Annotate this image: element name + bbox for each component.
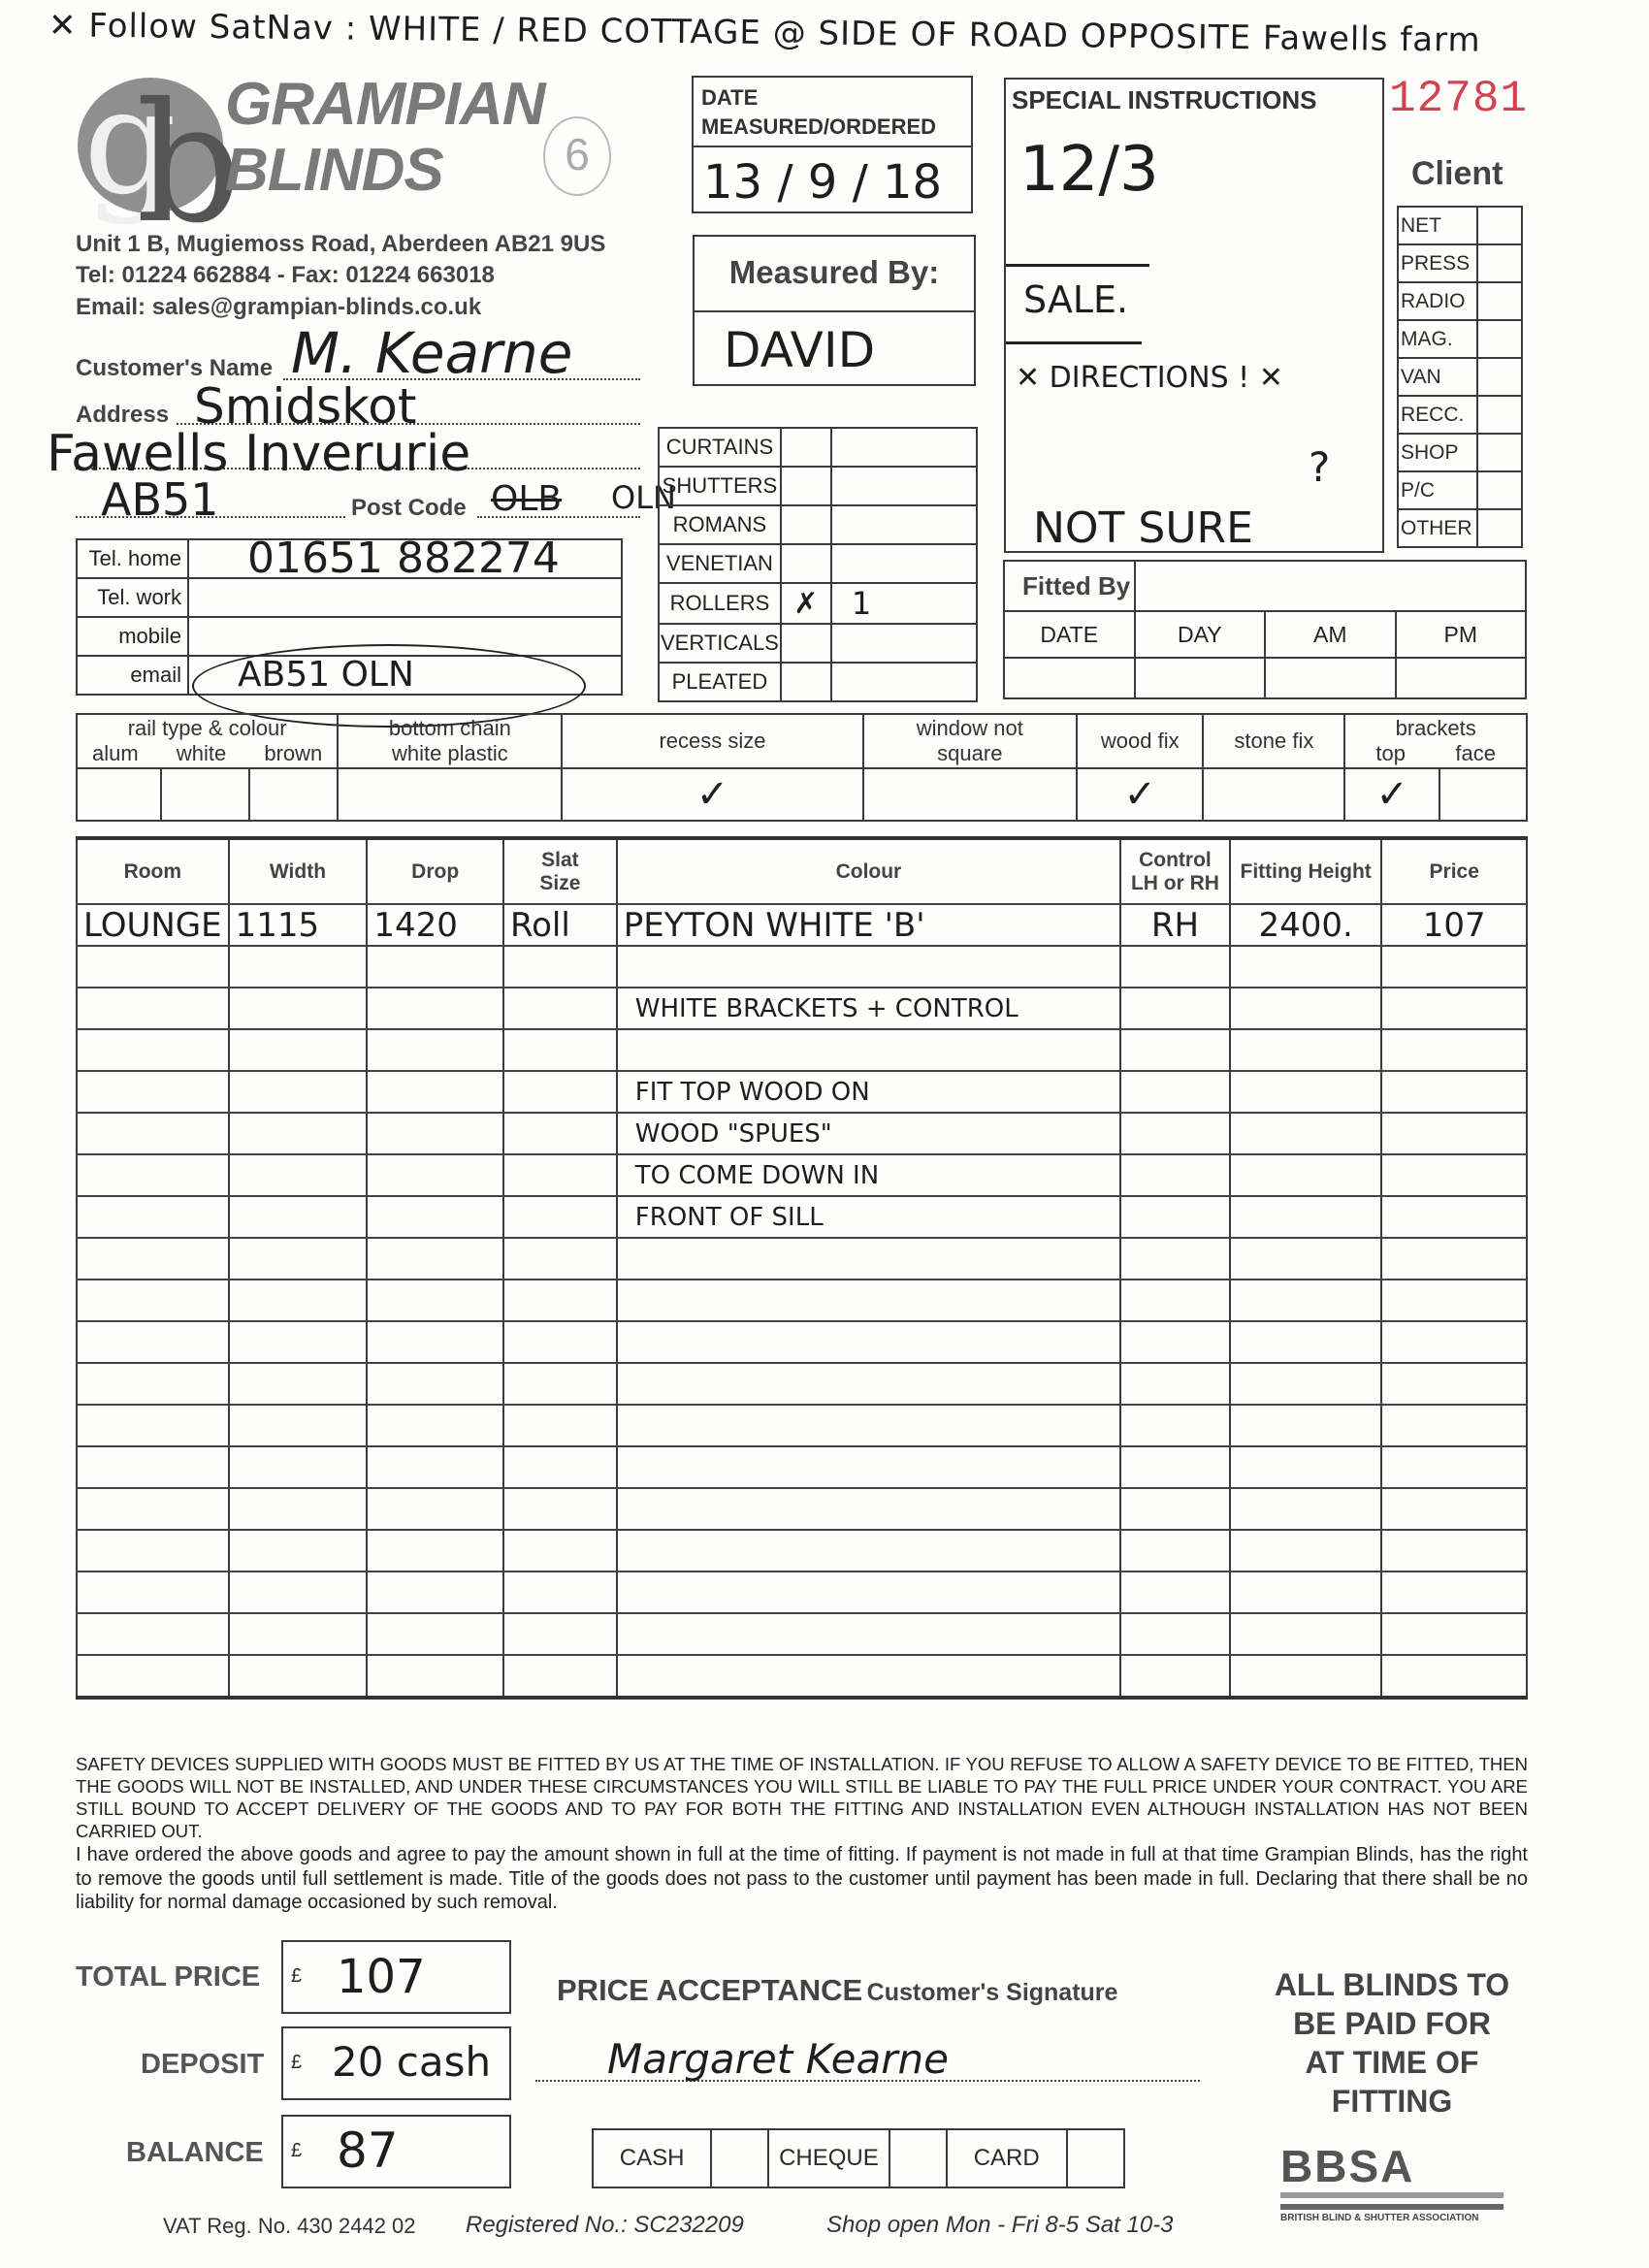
- client-option-press: PRESS: [1398, 244, 1477, 282]
- date-measured-box: DATE MEASURED/ORDERED 13 / 9 / 18: [692, 76, 973, 213]
- rail-brown-check[interactable]: [249, 768, 338, 821]
- cell-drop[interactable]: [367, 1196, 503, 1238]
- total-price-box[interactable]: £ 107: [281, 1940, 511, 2014]
- cell-fitting-height[interactable]: [1230, 1363, 1382, 1405]
- special-note-sale[interactable]: SALE.: [1023, 278, 1128, 321]
- company-name-line1: GRAMPIAN: [225, 70, 545, 139]
- client-option-checkbox[interactable]: [1477, 396, 1522, 434]
- cell-fitting-height[interactable]: [1230, 1613, 1382, 1655]
- wood-fix-check[interactable]: ✓: [1077, 768, 1203, 821]
- cell-price[interactable]: [1381, 1029, 1527, 1071]
- tel-work-label: Tel. work: [77, 578, 188, 617]
- cell-drop[interactable]: [367, 1238, 503, 1280]
- cell-fitting-height[interactable]: [1230, 1655, 1382, 1698]
- order-table-row: [77, 1363, 1527, 1405]
- cell-slat-size[interactable]: [503, 1196, 617, 1238]
- cell-width[interactable]: [229, 1238, 368, 1280]
- cell-colour[interactable]: [617, 1446, 1120, 1488]
- cell-drop[interactable]: [367, 1280, 503, 1321]
- cell-price[interactable]: 107: [1381, 904, 1527, 946]
- cell-width[interactable]: [229, 1154, 368, 1196]
- cell-drop[interactable]: 1420: [367, 904, 503, 946]
- product-row: VERTICALS: [659, 624, 977, 663]
- client-option-row: RADIO: [1398, 282, 1522, 320]
- brackets-label: brackets: [1346, 716, 1525, 741]
- cell-fitting-height[interactable]: [1230, 1113, 1382, 1154]
- rail-alum-check[interactable]: [77, 768, 161, 821]
- measured-by-value[interactable]: DAVID: [724, 322, 875, 378]
- cell-fitting-height[interactable]: [1230, 988, 1382, 1029]
- cell-control[interactable]: [1120, 1571, 1230, 1613]
- cell-width[interactable]: [229, 1321, 368, 1363]
- cell-drop[interactable]: [367, 1154, 503, 1196]
- product-mark[interactable]: [781, 505, 831, 544]
- cell-slat-size[interactable]: [503, 1571, 617, 1613]
- cell-fitting-height[interactable]: [1230, 1238, 1382, 1280]
- cell-control[interactable]: [1120, 1530, 1230, 1571]
- cell-width[interactable]: [229, 1280, 368, 1321]
- product-label-curtains: CURTAINS: [659, 428, 781, 467]
- special-note-directions[interactable]: ✕ DIRECTIONS ! ✕: [1016, 361, 1283, 395]
- product-qty[interactable]: [831, 624, 977, 663]
- product-mark[interactable]: [781, 663, 831, 701]
- order-number: 12781: [1389, 74, 1528, 124]
- cell-width[interactable]: [229, 1571, 368, 1613]
- cell-slat-size[interactable]: [503, 1405, 617, 1446]
- fitted-am-label: AM: [1265, 611, 1396, 658]
- customer-signature[interactable]: Margaret Kearne: [607, 2035, 949, 2083]
- cell-room[interactable]: [77, 1571, 229, 1613]
- client-option-row: SHOP: [1398, 434, 1522, 471]
- cell-price[interactable]: [1381, 1113, 1527, 1154]
- cell-colour[interactable]: WHITE BRACKETS + CONTROL: [617, 988, 1120, 1029]
- brackets-header: brackets top face: [1344, 714, 1527, 768]
- client-option-checkbox[interactable]: [1477, 358, 1522, 396]
- client-option-row: NET: [1398, 207, 1522, 244]
- cell-slat-size[interactable]: [503, 1071, 617, 1113]
- cell-colour[interactable]: [617, 1238, 1120, 1280]
- cell-drop[interactable]: [367, 1071, 503, 1113]
- tel-home-label: Tel. home: [77, 539, 188, 578]
- cell-colour[interactable]: [617, 1655, 1120, 1698]
- fitted-am-field[interactable]: [1265, 658, 1396, 698]
- cell-width[interactable]: [229, 1530, 368, 1571]
- product-qty[interactable]: [831, 505, 977, 544]
- cell-price[interactable]: [1381, 1238, 1527, 1280]
- cell-width[interactable]: [229, 1446, 368, 1488]
- client-option-checkbox[interactable]: [1477, 434, 1522, 471]
- client-option-row: OTHER: [1398, 509, 1522, 547]
- col-fitting-height: Fitting Height: [1230, 840, 1382, 904]
- notice-line: AT TIME OF: [1242, 2043, 1542, 2082]
- cell-width[interactable]: [229, 1196, 368, 1238]
- cell-room[interactable]: [77, 1029, 229, 1071]
- cell-room[interactable]: [77, 1446, 229, 1488]
- cell-colour[interactable]: PEYTON WHITE 'B': [617, 904, 1120, 946]
- order-table-row: [77, 1613, 1527, 1655]
- col-drop: Drop: [367, 840, 503, 904]
- cell-fitting-height[interactable]: [1230, 946, 1382, 988]
- client-option-mag: MAG.: [1398, 320, 1477, 358]
- client-option-row: RECC.: [1398, 396, 1522, 434]
- vat-reg-number: VAT Reg. No. 430 2442 02: [163, 2214, 416, 2239]
- measured-by-box: Measured By: DAVID: [693, 235, 976, 386]
- cell-colour[interactable]: [617, 946, 1120, 988]
- cell-price[interactable]: [1381, 1488, 1527, 1530]
- company-email: Email: sales@grampian-blinds.co.uk: [76, 294, 481, 321]
- cell-room[interactable]: [77, 1196, 229, 1238]
- cell-room[interactable]: [77, 1405, 229, 1446]
- cell-control[interactable]: [1120, 1154, 1230, 1196]
- cell-control[interactable]: [1120, 1029, 1230, 1071]
- cell-room[interactable]: [77, 1488, 229, 1530]
- cell-control[interactable]: [1120, 1113, 1230, 1154]
- cell-slat-size[interactable]: Roll: [503, 904, 617, 946]
- brackets-face-check[interactable]: [1439, 768, 1527, 821]
- order-table-row: [77, 1321, 1527, 1363]
- fitted-by-label: Fitted By: [1004, 561, 1135, 611]
- fitting-options-table: rail type & colour alum white brown bott…: [76, 713, 1528, 822]
- cell-width[interactable]: [229, 1405, 368, 1446]
- cell-colour[interactable]: [617, 1029, 1120, 1071]
- fitted-date-label: DATE: [1004, 611, 1135, 658]
- cell-drop[interactable]: [367, 1655, 503, 1698]
- client-option-recc: RECC.: [1398, 396, 1477, 434]
- cell-drop[interactable]: [367, 946, 503, 988]
- cell-price[interactable]: [1381, 1530, 1527, 1571]
- cell-room[interactable]: [77, 1238, 229, 1280]
- shop-hours: Shop open Mon - Fri 8-5 Sat 10-3: [826, 2212, 1174, 2239]
- product-label-verticals: VERTICALS: [659, 624, 781, 663]
- cell-slat-size[interactable]: [503, 946, 617, 988]
- cell-colour[interactable]: [617, 1571, 1120, 1613]
- recess-size-check[interactable]: ✓: [562, 768, 862, 821]
- address-line3[interactable]: AB51: [101, 473, 219, 526]
- cell-slat-size[interactable]: [503, 1530, 617, 1571]
- product-type-table: CURTAINS SHUTTERS ROMANS VENETIAN ROLLER…: [658, 427, 978, 702]
- order-table-row: [77, 1530, 1527, 1571]
- product-qty[interactable]: [831, 663, 977, 701]
- company-address: Unit 1 B, Mugiemoss Road, Aberdeen AB21 …: [76, 231, 605, 258]
- order-table-row: [77, 946, 1527, 988]
- cell-drop[interactable]: [367, 1321, 503, 1363]
- cell-drop[interactable]: [367, 1446, 503, 1488]
- brackets-top-label: top: [1375, 741, 1406, 766]
- special-note-date[interactable]: 12/3: [1019, 134, 1159, 206]
- tel-home-value[interactable]: 01651 882274: [188, 539, 622, 578]
- cell-control[interactable]: [1120, 1071, 1230, 1113]
- bbsa-logo-text: BBSA: [1280, 2144, 1503, 2188]
- cell-slat-size[interactable]: [503, 1363, 617, 1405]
- order-table-row: TO COME DOWN IN: [77, 1154, 1527, 1196]
- cell-slat-size[interactable]: [503, 1613, 617, 1655]
- client-option-checkbox[interactable]: [1477, 282, 1522, 320]
- cell-control[interactable]: [1120, 1446, 1230, 1488]
- payment-cash-checkbox[interactable]: [711, 2129, 768, 2187]
- price-acceptance-title: PRICE ACCEPTANCE: [557, 1973, 862, 2007]
- fitted-pm-field[interactable]: [1396, 658, 1527, 698]
- client-option-checkbox[interactable]: [1477, 244, 1522, 282]
- cell-slat-size[interactable]: [503, 1321, 617, 1363]
- date-measured-value[interactable]: 13 / 9 / 18: [703, 155, 942, 210]
- cell-drop[interactable]: [367, 1113, 503, 1154]
- fitted-day-field[interactable]: [1135, 658, 1266, 698]
- company-name-line2: BLINDS: [225, 136, 443, 205]
- fitted-by-value[interactable]: [1135, 561, 1527, 611]
- cell-colour[interactable]: [617, 1280, 1120, 1321]
- cell-price[interactable]: [1381, 1571, 1527, 1613]
- order-table-row: [77, 1405, 1527, 1446]
- order-table-row: [77, 1655, 1527, 1698]
- cell-room[interactable]: [77, 1280, 229, 1321]
- brackets-top-check[interactable]: ✓: [1344, 768, 1439, 821]
- balance-box[interactable]: £ 87: [281, 2115, 511, 2188]
- cell-room[interactable]: LOUNGE: [77, 904, 229, 946]
- cell-price[interactable]: [1381, 1321, 1527, 1363]
- cell-fitting-height[interactable]: [1230, 1071, 1382, 1113]
- circled-mark: 6: [543, 116, 611, 196]
- cell-fitting-height[interactable]: [1230, 1196, 1382, 1238]
- cell-room[interactable]: [77, 1071, 229, 1113]
- window-not-square-check[interactable]: [863, 768, 1078, 821]
- cell-drop[interactable]: [367, 1488, 503, 1530]
- total-price-value: 107: [337, 1950, 426, 2004]
- cell-slat-size[interactable]: [503, 1029, 617, 1071]
- postcode-struck-value: OLB: [491, 479, 562, 519]
- cell-colour[interactable]: [617, 1405, 1120, 1446]
- product-mark[interactable]: [781, 544, 831, 583]
- client-option-checkbox[interactable]: [1477, 471, 1522, 509]
- client-source-table: NET PRESS RADIO MAG. VAN RECC. SHOP P/C …: [1397, 206, 1523, 548]
- payment-cheque-checkbox[interactable]: [889, 2129, 947, 2187]
- cell-fitting-height[interactable]: [1230, 1280, 1382, 1321]
- cell-price[interactable]: [1381, 1071, 1527, 1113]
- cell-fitting-height[interactable]: [1230, 1154, 1382, 1196]
- payment-cash-label: CASH: [593, 2129, 711, 2187]
- cell-slat-size[interactable]: [503, 988, 617, 1029]
- cell-control[interactable]: [1120, 1655, 1230, 1698]
- cell-width[interactable]: [229, 1071, 368, 1113]
- cell-price[interactable]: [1381, 1196, 1527, 1238]
- product-label-rollers: ROLLERS: [659, 583, 781, 624]
- order-table-row: [77, 1488, 1527, 1530]
- client-option-row: MAG.: [1398, 320, 1522, 358]
- cell-colour[interactable]: TO COME DOWN IN: [617, 1154, 1120, 1196]
- cell-drop[interactable]: [367, 988, 503, 1029]
- client-option-checkbox[interactable]: [1477, 207, 1522, 244]
- cell-slat-size[interactable]: [503, 1446, 617, 1488]
- order-table: Room Width Drop Slat Size Colour Control…: [76, 840, 1528, 1700]
- product-row: CURTAINS: [659, 428, 977, 467]
- client-option-checkbox[interactable]: [1477, 509, 1522, 547]
- client-option-row: PRESS: [1398, 244, 1522, 282]
- date-measured-label: DATE MEASURED/ORDERED: [701, 83, 963, 142]
- cell-control[interactable]: [1120, 1321, 1230, 1363]
- cell-colour[interactable]: [617, 1321, 1120, 1363]
- col-colour: Colour: [617, 840, 1120, 904]
- cell-fitting-height[interactable]: [1230, 1571, 1382, 1613]
- cell-width[interactable]: [229, 1613, 368, 1655]
- special-note-question[interactable]: ?: [1309, 443, 1330, 491]
- tel-work-value[interactable]: [188, 578, 622, 617]
- cell-width[interactable]: 1115: [229, 904, 368, 946]
- fitted-pm-label: PM: [1396, 611, 1527, 658]
- cell-colour[interactable]: FRONT OF SILL: [617, 1196, 1120, 1238]
- product-qty[interactable]: [831, 544, 977, 583]
- cell-width[interactable]: [229, 1113, 368, 1154]
- customer-signature-label: Customer's Signature: [867, 1979, 1118, 2006]
- cell-price[interactable]: [1381, 1405, 1527, 1446]
- cell-room[interactable]: [77, 946, 229, 988]
- cell-price[interactable]: [1381, 1655, 1527, 1698]
- product-qty[interactable]: 1: [831, 583, 977, 624]
- registered-number: Registered No.: SC232209: [466, 2212, 744, 2239]
- order-table-row: WOOD "SPUES": [77, 1113, 1527, 1154]
- recess-size-label: recess size: [562, 714, 862, 768]
- product-row: SHUTTERS: [659, 467, 977, 505]
- product-row: VENETIAN: [659, 544, 977, 583]
- bbsa-caption: BRITISH BLIND & SHUTTER ASSOCIATION: [1280, 2213, 1503, 2223]
- cell-fitting-height[interactable]: [1230, 1446, 1382, 1488]
- cell-width[interactable]: [229, 1363, 368, 1405]
- bottom-chain-check[interactable]: [338, 768, 562, 821]
- special-note-not-sure[interactable]: NOT SURE: [1033, 503, 1253, 553]
- cell-slat-size[interactable]: [503, 1488, 617, 1530]
- cell-price[interactable]: [1381, 1154, 1527, 1196]
- cell-slat-size[interactable]: [503, 1113, 617, 1154]
- order-table-row: [77, 1029, 1527, 1071]
- client-title: Client: [1411, 155, 1503, 193]
- cell-fitting-height[interactable]: [1230, 1488, 1382, 1530]
- cell-width[interactable]: [229, 1488, 368, 1530]
- cell-drop[interactable]: [367, 1530, 503, 1571]
- col-slat-size: Slat Size: [503, 840, 617, 904]
- order-table-row: [77, 1571, 1527, 1613]
- cell-control[interactable]: [1120, 946, 1230, 988]
- product-row: PLEATED: [659, 663, 977, 701]
- cell-width[interactable]: [229, 1655, 368, 1698]
- window-not-square-label: window not square: [863, 714, 1078, 768]
- fitted-date-field[interactable]: [1004, 658, 1135, 698]
- cell-control[interactable]: [1120, 1196, 1230, 1238]
- stone-fix-label: stone fix: [1203, 714, 1344, 768]
- cell-room[interactable]: [77, 1321, 229, 1363]
- cell-drop[interactable]: [367, 1363, 503, 1405]
- notice-line: FITTING: [1242, 2082, 1542, 2121]
- cell-price[interactable]: [1381, 1363, 1527, 1405]
- special-instructions-box: SPECIAL INSTRUCTIONS 12/3 SALE. ✕ DIRECT…: [1004, 78, 1384, 553]
- cell-colour[interactable]: [617, 1488, 1120, 1530]
- cell-room[interactable]: [77, 1363, 229, 1405]
- stone-fix-check[interactable]: [1203, 768, 1344, 821]
- product-mark[interactable]: [781, 428, 831, 467]
- balance-label: BALANCE: [126, 2137, 264, 2169]
- cell-drop[interactable]: [367, 1029, 503, 1071]
- client-option-checkbox[interactable]: [1477, 320, 1522, 358]
- deposit-box[interactable]: £ 20 cash: [281, 2026, 511, 2100]
- cell-drop[interactable]: [367, 1613, 503, 1655]
- cell-slat-size[interactable]: [503, 1238, 617, 1280]
- cell-control[interactable]: [1120, 1238, 1230, 1280]
- cell-room[interactable]: [77, 1530, 229, 1571]
- mobile-label: mobile: [77, 617, 188, 656]
- cell-fitting-height[interactable]: [1230, 1029, 1382, 1071]
- cell-colour[interactable]: [617, 1613, 1120, 1655]
- payment-method-table: CASH CHEQUE CARD: [592, 2128, 1125, 2188]
- cell-price[interactable]: [1381, 988, 1527, 1029]
- cell-price[interactable]: [1381, 1613, 1527, 1655]
- rail-white-label: white: [177, 741, 226, 766]
- cell-slat-size[interactable]: [503, 1280, 617, 1321]
- cell-fitting-height[interactable]: [1230, 1321, 1382, 1363]
- rail-type-header: rail type & colour alum white brown: [77, 714, 338, 768]
- cell-price[interactable]: [1381, 1446, 1527, 1488]
- cell-width[interactable]: [229, 988, 368, 1029]
- client-option-row: VAN: [1398, 358, 1522, 396]
- notice-line: BE PAID FOR: [1242, 2004, 1542, 2043]
- product-qty[interactable]: [831, 467, 977, 505]
- cell-control[interactable]: [1120, 1613, 1230, 1655]
- cell-control[interactable]: [1120, 1405, 1230, 1446]
- customer-name-value[interactable]: M. Kearne: [291, 320, 572, 386]
- rail-white-check[interactable]: [161, 768, 249, 821]
- rail-brown-label: brown: [264, 741, 322, 766]
- product-mark[interactable]: ✗: [781, 583, 831, 624]
- cell-width[interactable]: [229, 946, 368, 988]
- cell-fitting-height[interactable]: [1230, 1405, 1382, 1446]
- cell-colour[interactable]: [617, 1363, 1120, 1405]
- special-instructions-label: SPECIAL INSTRUCTIONS: [1012, 85, 1316, 115]
- cell-slat-size[interactable]: [503, 1154, 617, 1196]
- cell-drop[interactable]: [367, 1571, 503, 1613]
- cell-control[interactable]: [1120, 1280, 1230, 1321]
- cell-room[interactable]: [77, 988, 229, 1029]
- cell-room[interactable]: [77, 1655, 229, 1698]
- cell-colour[interactable]: WOOD "SPUES": [617, 1113, 1120, 1154]
- measured-by-label: Measured By:: [695, 254, 974, 291]
- cell-room[interactable]: [77, 1613, 229, 1655]
- cell-control[interactable]: [1120, 1363, 1230, 1405]
- cell-width[interactable]: [229, 1029, 368, 1071]
- cell-room[interactable]: [77, 1113, 229, 1154]
- product-mark[interactable]: [781, 467, 831, 505]
- contact-row: Tel. work: [77, 578, 622, 617]
- cell-control[interactable]: RH: [1120, 904, 1230, 946]
- cell-control[interactable]: [1120, 988, 1230, 1029]
- order-table-row: [77, 1238, 1527, 1280]
- payment-card-checkbox[interactable]: [1067, 2129, 1124, 2187]
- product-qty[interactable]: [831, 428, 977, 467]
- cell-price[interactable]: [1381, 1280, 1527, 1321]
- payment-notice: ALL BLINDS TO BE PAID FOR AT TIME OF FIT…: [1242, 1965, 1542, 2121]
- notice-line: ALL BLINDS TO: [1242, 1965, 1542, 2004]
- cell-slat-size[interactable]: [503, 1655, 617, 1698]
- cell-price[interactable]: [1381, 946, 1527, 988]
- fitted-day-label: DAY: [1135, 611, 1266, 658]
- cell-drop[interactable]: [367, 1405, 503, 1446]
- bbsa-logo: BBSA BRITISH BLIND & SHUTTER ASSOCIATION: [1280, 2144, 1503, 2223]
- cell-fitting-height[interactable]: 2400.: [1230, 904, 1382, 946]
- col-room: Room: [77, 840, 229, 904]
- rail-type-label: rail type & colour: [79, 716, 336, 741]
- cell-colour[interactable]: FIT TOP WOOD ON: [617, 1071, 1120, 1113]
- cell-colour[interactable]: [617, 1530, 1120, 1571]
- brackets-face-label: face: [1455, 741, 1496, 766]
- cell-control[interactable]: [1120, 1488, 1230, 1530]
- product-mark[interactable]: [781, 624, 831, 663]
- cell-room[interactable]: [77, 1154, 229, 1196]
- cell-fitting-height[interactable]: [1230, 1530, 1382, 1571]
